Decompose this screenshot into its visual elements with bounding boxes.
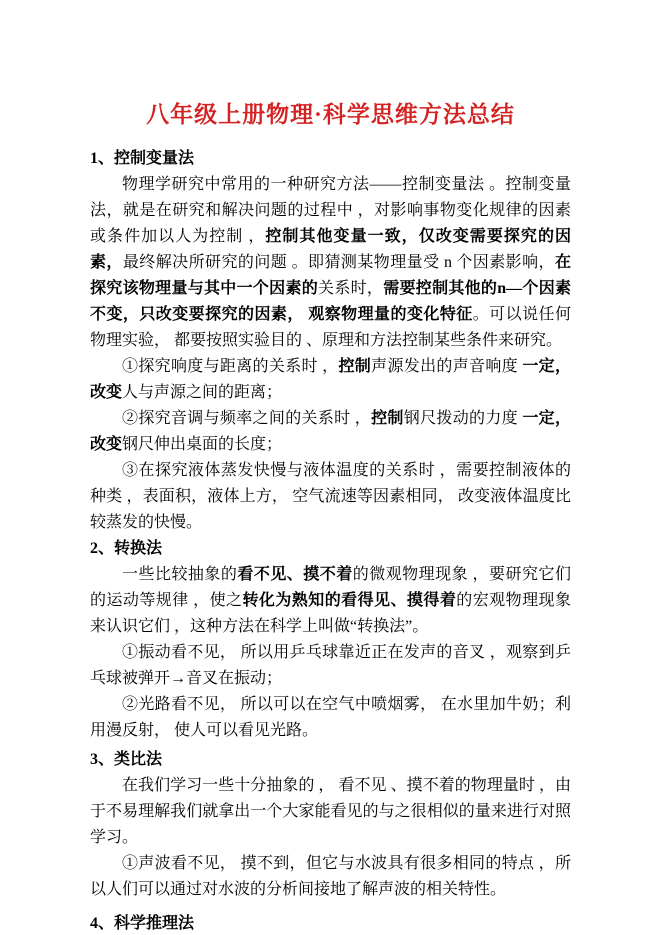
bold-text-run: 控制 bbox=[371, 410, 404, 427]
text-run: 人与声源之间的距离； bbox=[122, 384, 282, 401]
bold-text-run: 2、转换法 bbox=[90, 540, 162, 557]
document-title: 八年级上册物理·科学思维方法总结 bbox=[0, 0, 661, 129]
section-heading: 3、类比法 bbox=[90, 747, 571, 773]
paragraph: ②探究音调与频率之间的关系时 ，控制钢尺拨动的力度 一定，改变钢尺伸出桌面的长度… bbox=[90, 406, 571, 458]
text-run: ①探究响度与距离的关系时 ， bbox=[122, 358, 338, 375]
paragraph: ①探究响度与距离的关系时 ，控制声源发出的声音响度 一定，改变人与声源之间的距离… bbox=[90, 354, 571, 406]
text-run: 钢尺伸出桌面的长度； bbox=[122, 436, 282, 453]
paragraph: ①声波看不见， 摸不到，但它与水波具有很多相同的特点 ，所以人们可以通过对水波的… bbox=[90, 851, 571, 903]
text-run: 钢尺拨动的力度 bbox=[404, 410, 523, 427]
text-run: ①声波看不见， 摸不到，但它与水波具有很多相同的特点 ，所以人们可以通过对水波的… bbox=[90, 855, 571, 898]
paragraph: ②光路看不见， 所以可以在空气中喷烟雾， 在水里加牛奶；利用漫反射， 使人可以看… bbox=[90, 692, 571, 744]
paragraph: ①振动看不见， 所以用乒乓球靠近正在发声的音叉 ，观察到乒乓球被弹开→音叉在振动… bbox=[90, 640, 571, 692]
bold-text-run: 1、控制变量法 bbox=[90, 150, 194, 167]
text-run: ③在探究液体蒸发快慢与液体温度的关系时 ，需要控制液体的种类 ，表面积，液体上方… bbox=[90, 462, 571, 531]
document-body: 1、控制变量法物理学研究中常用的一种研究方法——控制变量法 。控制变量法，就是在… bbox=[0, 129, 661, 935]
paragraph: ③在探究液体蒸发快慢与液体温度的关系时 ，需要控制液体的种类 ，表面积，液体上方… bbox=[90, 458, 571, 536]
paragraph: 在我们学习一些十分抽象的 ， 看不见 、摸不着的物理量时 ，由于不易理解我们就拿… bbox=[90, 773, 571, 851]
text-run: 最终解决所研究的问题 。即猜测某物理量受 n 个因素影响， bbox=[123, 254, 555, 271]
bold-text-run: 转化为熟知的看得见、摸得着 bbox=[242, 592, 456, 609]
text-run: 在我们学习一些十分抽象的 ， 看不见 、摸不着的物理量时 ，由于不易理解我们就拿… bbox=[90, 777, 571, 846]
bold-text-run: 4、科学推理法 bbox=[90, 915, 194, 932]
text-run: 声源发出的声音响度 bbox=[371, 358, 522, 375]
text-run: ①振动看不见， 所以用乒乓球靠近正在发声的音叉 ，观察到乒乓球被弹开→音叉在振动… bbox=[90, 644, 571, 687]
bold-text-run: 看不见、摸不着 bbox=[237, 566, 352, 583]
bold-text-run: 3、类比法 bbox=[90, 751, 162, 768]
section-heading: 1、控制变量法 bbox=[90, 146, 571, 172]
paragraph: 一些比较抽象的看不见、摸不着的微观物理现象 ，要研究它们的运动等规律 ，使之转化… bbox=[90, 562, 571, 640]
section-heading: 4、科学推理法 bbox=[90, 911, 571, 935]
document-page: 八年级上册物理·科学思维方法总结 1、控制变量法物理学研究中常用的一种研究方法—… bbox=[0, 0, 661, 935]
text-run: ②光路看不见， 所以可以在空气中喷烟雾， 在水里加牛奶；利用漫反射， 使人可以看… bbox=[90, 696, 571, 739]
section-heading: 2、转换法 bbox=[90, 536, 571, 562]
text-run: 关系时， bbox=[318, 280, 383, 297]
paragraph: 物理学研究中常用的一种研究方法——控制变量法 。控制变量法，就是在研究和解决问题… bbox=[90, 172, 571, 354]
bold-text-run: 控制 bbox=[338, 358, 371, 375]
text-run: ②探究音调与频率之间的关系时 ， bbox=[122, 410, 371, 427]
text-run: 一些比较抽象的 bbox=[122, 566, 237, 583]
